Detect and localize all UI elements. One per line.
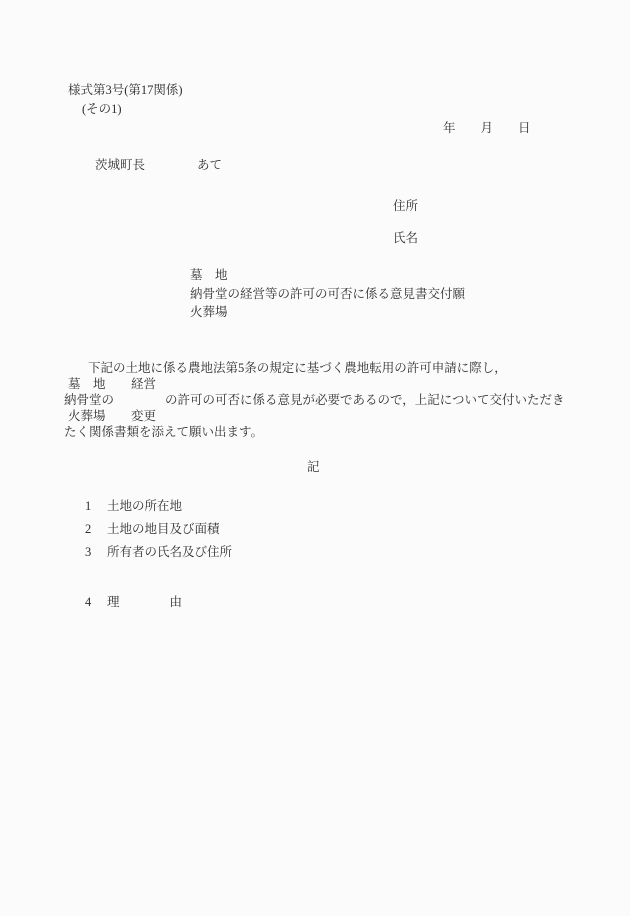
date-line: 年 月 日 xyxy=(443,120,531,136)
body-facility-option-mid: 納骨堂の xyxy=(64,392,114,408)
item-text: 理 由 xyxy=(107,594,182,610)
body-line1: 下記の土地に係る農地法第5条の規定に基づく農地転用の許可申請に際し， xyxy=(88,360,507,376)
item-text: 土地の地目及び面積 xyxy=(107,521,220,537)
title-main-line: 納骨堂の経営等の許可の可否に係る意見書交付願 xyxy=(190,286,465,302)
item-number: 3 xyxy=(85,544,91,560)
form-document-page: 様式第3号(第17関係) (その1) 年 月 日 茨城町長 あて 住所 氏名 墓… xyxy=(0,0,630,916)
body-action-option-bottom: 変更 xyxy=(131,408,156,424)
item-text: 所有者の氏名及び住所 xyxy=(107,544,232,560)
addressee-name: 茨城町長 xyxy=(95,157,145,173)
item-text: 土地の所在地 xyxy=(107,498,182,514)
body-continuation: の許可の可否に係る意見が必要であるので，上記について交付いただき xyxy=(165,392,565,408)
item-number: 2 xyxy=(85,521,91,537)
addressee-suffix: あて xyxy=(197,157,222,173)
record-heading: 記 xyxy=(307,459,320,475)
body-action-option-top: 経営 xyxy=(131,376,156,392)
body-facility-option-bottom: 火葬場 xyxy=(68,408,106,424)
form-subnumber: (その1) xyxy=(82,101,122,117)
body-closing: たく関係書類を添えて願い出ます。 xyxy=(64,424,263,440)
item-number: 1 xyxy=(85,498,91,514)
item-number: 4 xyxy=(85,594,91,610)
title-facility-option-top: 墓 地 xyxy=(190,267,228,283)
title-facility-option-bottom: 火葬場 xyxy=(190,304,228,320)
body-facility-option-top: 墓 地 xyxy=(68,376,106,392)
name-label: 氏名 xyxy=(393,230,418,246)
address-label: 住所 xyxy=(393,198,418,214)
form-number: 様式第3号(第17関係) xyxy=(68,82,183,98)
